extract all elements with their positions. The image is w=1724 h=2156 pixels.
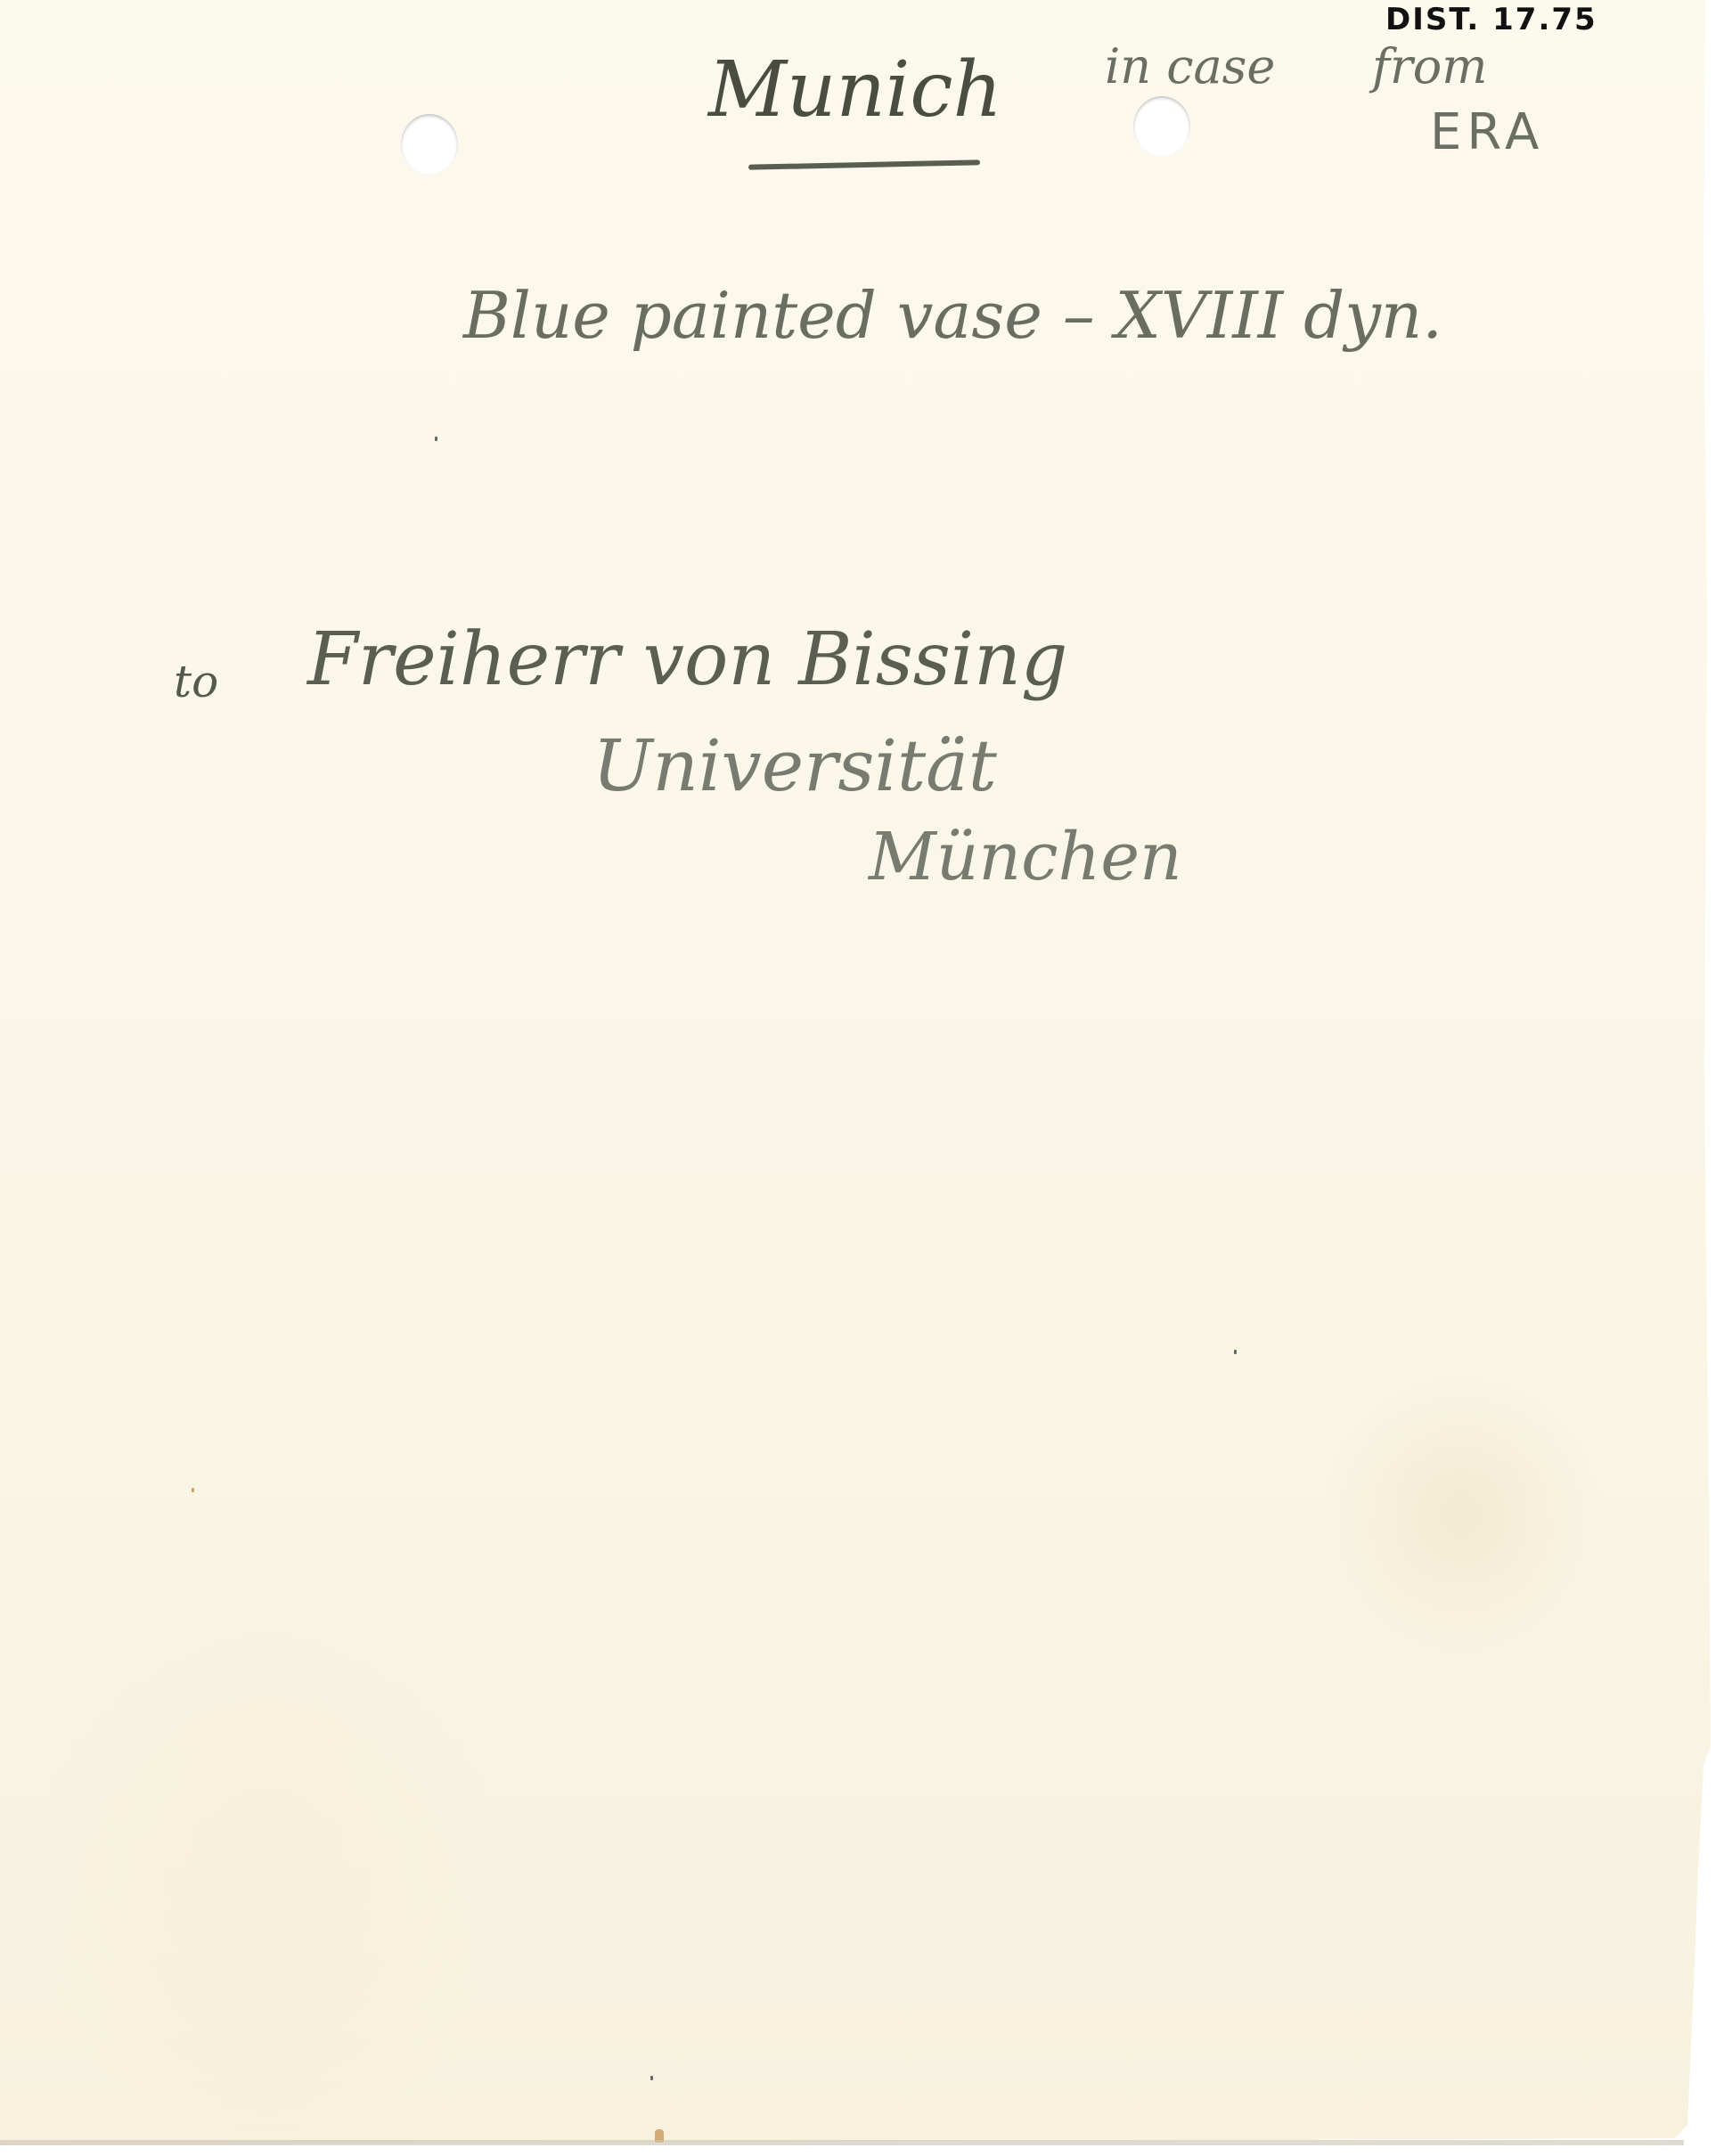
punch-hole-left (401, 114, 458, 175)
address-marker: to (174, 659, 218, 704)
paper-speck (435, 437, 437, 441)
paper-bottom-edge (0, 2140, 1684, 2145)
address-line-institution: Universität (592, 731, 997, 802)
margin-note-from: from (1372, 43, 1488, 91)
margin-note-in-case: in case (1105, 43, 1275, 91)
subject-line: Blue painted vase – XVIII dyn. (463, 283, 1442, 347)
address-line-name: Freiherr von Bissing (307, 624, 1067, 697)
paper-speck (650, 2076, 653, 2080)
paper-speck (1234, 1350, 1237, 1354)
heading-munich: Munich (708, 52, 1002, 128)
heading-underline (748, 159, 980, 169)
margin-note-era: ERA (1430, 103, 1544, 161)
address-line-city: München (869, 824, 1182, 890)
archive-reference-stamp: DIST. 17.75 (1385, 2, 1597, 37)
paper-speck (192, 1488, 194, 1492)
punch-hole-right (1133, 96, 1190, 157)
paper-sheet: DIST. 17.75 Munich in case from ERA Blue… (0, 0, 1724, 2156)
